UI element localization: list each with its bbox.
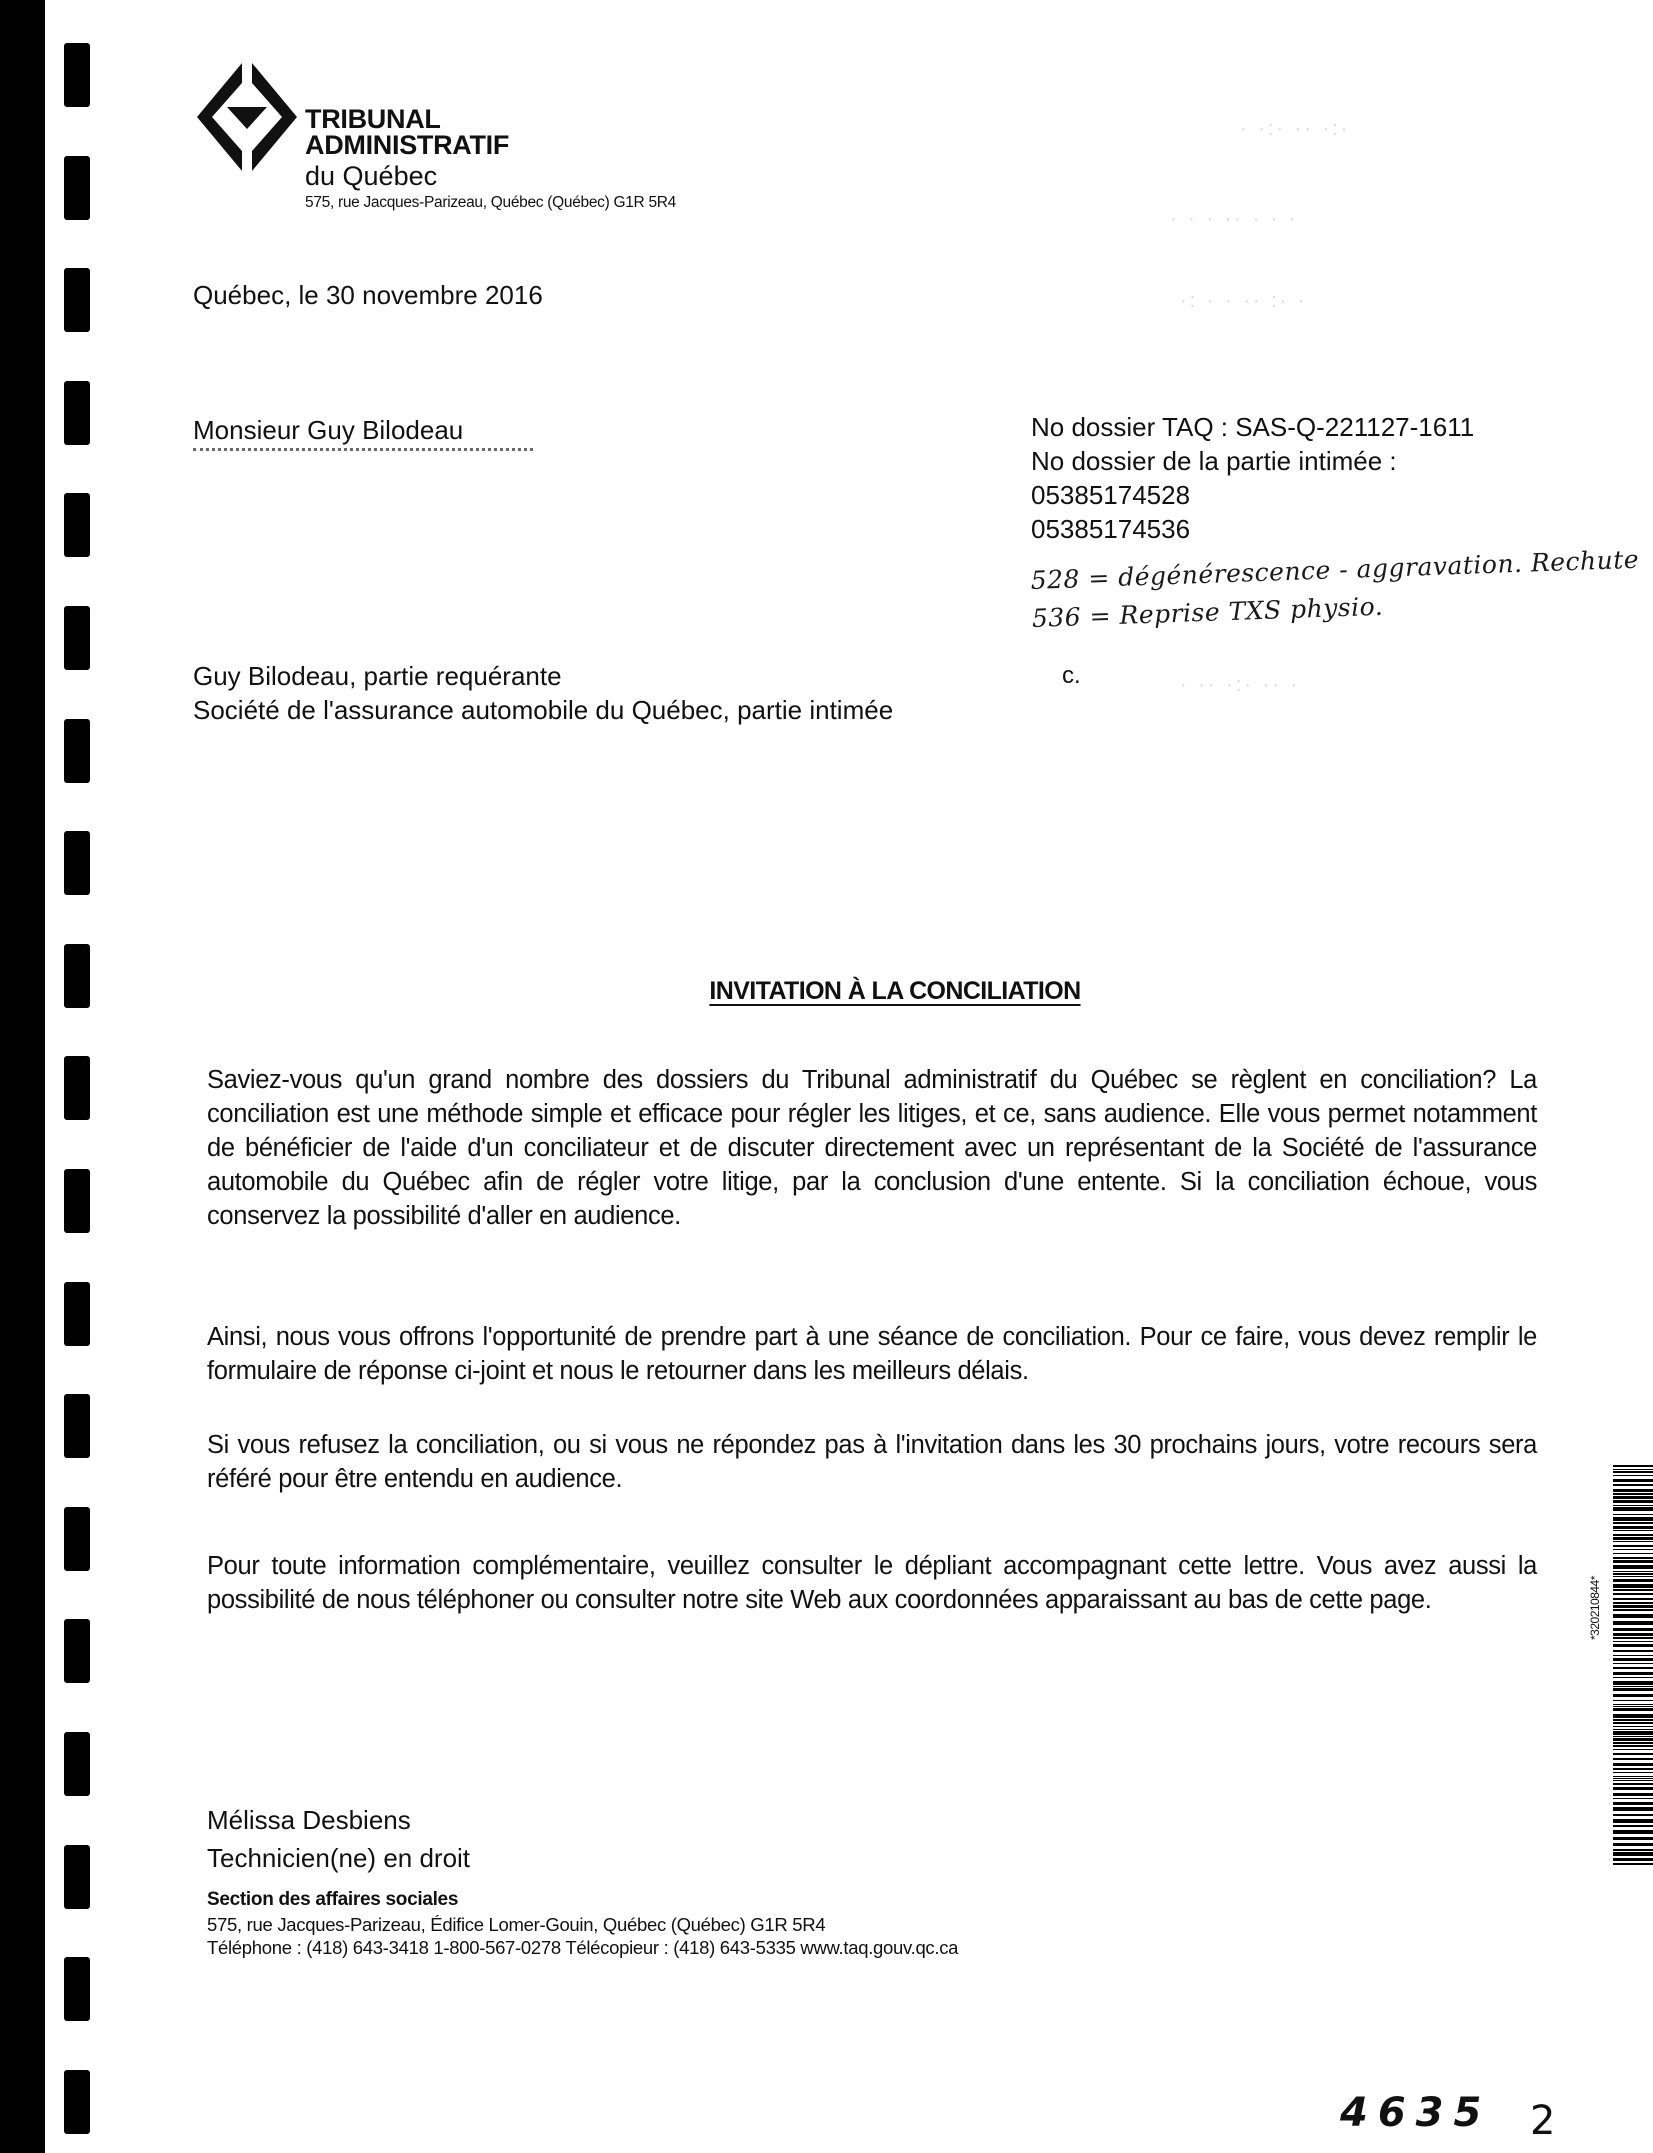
scan-noise: · · · ·· · · · xyxy=(1170,208,1299,231)
letter-title: INVITATION À LA CONCILIATION xyxy=(0,977,1653,1006)
stamped-sheet-number: 2 xyxy=(1530,2098,1555,2144)
respondent-file-number: 05385174536 xyxy=(1031,512,1474,546)
respondent-file-label: No dossier de la partie intimée : xyxy=(1031,444,1474,478)
signatory-role: Technicien(ne) en droit xyxy=(207,1839,470,1877)
scan-noise: ·: · · ·· :· · xyxy=(1180,290,1308,313)
body-paragraph: Pour toute information complémentaire, v… xyxy=(207,1549,1537,1617)
signature-block: Mélissa Desbiens Technicien(ne) en droit xyxy=(207,1801,470,1877)
taq-file-number: No dossier TAQ : SAS-Q-221127-1611 xyxy=(1031,410,1474,444)
binding-hole xyxy=(64,831,90,895)
scan-noise: · ·:· ·· ·:· xyxy=(1240,118,1350,141)
respondent-party: Société de l'assurance automobile du Qué… xyxy=(193,693,893,727)
binding-hole xyxy=(64,156,90,220)
binding-hole xyxy=(64,606,90,670)
org-name-line1: TRIBUNAL xyxy=(305,106,509,132)
footer-section-name: Section des affaires sociales xyxy=(207,1889,458,1911)
cc-marker: c. xyxy=(1062,659,1081,693)
binding-hole xyxy=(64,2070,90,2134)
recipient-name: Monsieur Guy Bilodeau xyxy=(193,413,463,447)
org-name-line2: ADMINISTRATIF xyxy=(305,132,509,158)
barcode-icon xyxy=(1613,1465,1653,1865)
parties-block: Guy Bilodeau, partie requérante Société … xyxy=(193,659,893,727)
letter-date: Québec, le 30 novembre 2016 xyxy=(193,278,543,312)
stamped-page-number: 4635 xyxy=(1340,2090,1491,2136)
binding-hole xyxy=(64,1845,90,1909)
binding-hole xyxy=(64,1957,90,2021)
letterhead-address: 575, rue Jacques-Parizeau, Québec (Québe… xyxy=(305,194,676,212)
file-info: No dossier TAQ : SAS-Q-221127-1611 No do… xyxy=(1031,410,1474,546)
respondent-file-number: 05385174528 xyxy=(1031,478,1474,512)
binding-hole xyxy=(64,1394,90,1458)
binding-hole xyxy=(64,1619,90,1683)
binding-hole xyxy=(64,1282,90,1346)
scan-noise: · ·· ·:· ·· · xyxy=(1180,674,1300,697)
footer-contact: Téléphone : (418) 643-3418 1-800-567-027… xyxy=(207,1937,958,1959)
binding-hole xyxy=(64,493,90,557)
applicant-party: Guy Bilodeau, partie requérante xyxy=(193,659,893,693)
body-paragraph: Ainsi, nous vous offrons l'opportunité d… xyxy=(207,1320,1537,1388)
organization-name: TRIBUNAL ADMINISTRATIF xyxy=(305,106,509,158)
binding-hole xyxy=(64,719,90,783)
binding-hole xyxy=(64,1056,90,1120)
binding-hole xyxy=(64,268,90,332)
body-paragraph: Si vous refusez la conciliation, ou si v… xyxy=(207,1428,1537,1496)
binding-hole xyxy=(64,1732,90,1796)
org-name-line3: du Québec xyxy=(305,162,437,190)
redacted-address xyxy=(193,448,533,455)
footer-address: 575, rue Jacques-Parizeau, Édifice Lomer… xyxy=(207,1914,825,1936)
binding-hole xyxy=(64,1507,90,1571)
barcode-label: *320210844* xyxy=(1588,1576,1602,1640)
binding-hole xyxy=(64,1169,90,1233)
body-paragraph: Saviez-vous qu'un grand nombre des dossi… xyxy=(207,1063,1537,1233)
binding-hole xyxy=(64,381,90,445)
taq-diamond-logo-icon xyxy=(197,63,297,171)
handwritten-annotation: 528 = dégénérescence - aggravation. Rech… xyxy=(1030,541,1641,638)
scan-binding-strip xyxy=(0,0,45,2153)
signatory-name: Mélissa Desbiens xyxy=(207,1801,470,1839)
binding-hole xyxy=(64,43,90,107)
binding-holes xyxy=(64,0,90,2153)
